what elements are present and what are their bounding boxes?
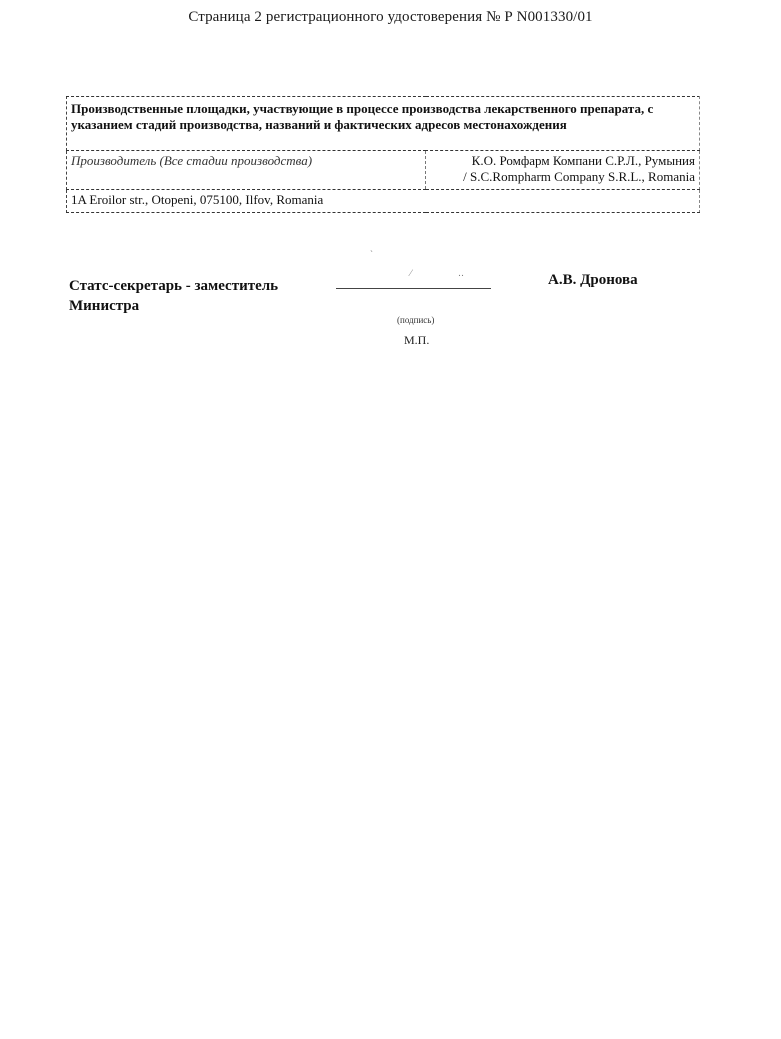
stamp-label: М.П. (404, 333, 429, 348)
signatory-name: А.В. Дронова (548, 272, 638, 289)
signature-scan-mark: ‥ (458, 268, 464, 279)
signature-line (336, 288, 491, 289)
signatory-position: Статс-секретарь - заместитель Министра (69, 276, 278, 316)
signatory-position-line2: Министра (69, 296, 278, 316)
signature-caption: (подпись) (397, 315, 434, 325)
signature-scan-mark: ˎ (370, 242, 373, 252)
signatory-position-line1: Статс-секретарь - заместитель (69, 276, 278, 296)
signature-block: Статс-секретарь - заместитель Министра ⁄… (0, 0, 781, 400)
signature-scan-mark: ⁄ (410, 268, 412, 278)
